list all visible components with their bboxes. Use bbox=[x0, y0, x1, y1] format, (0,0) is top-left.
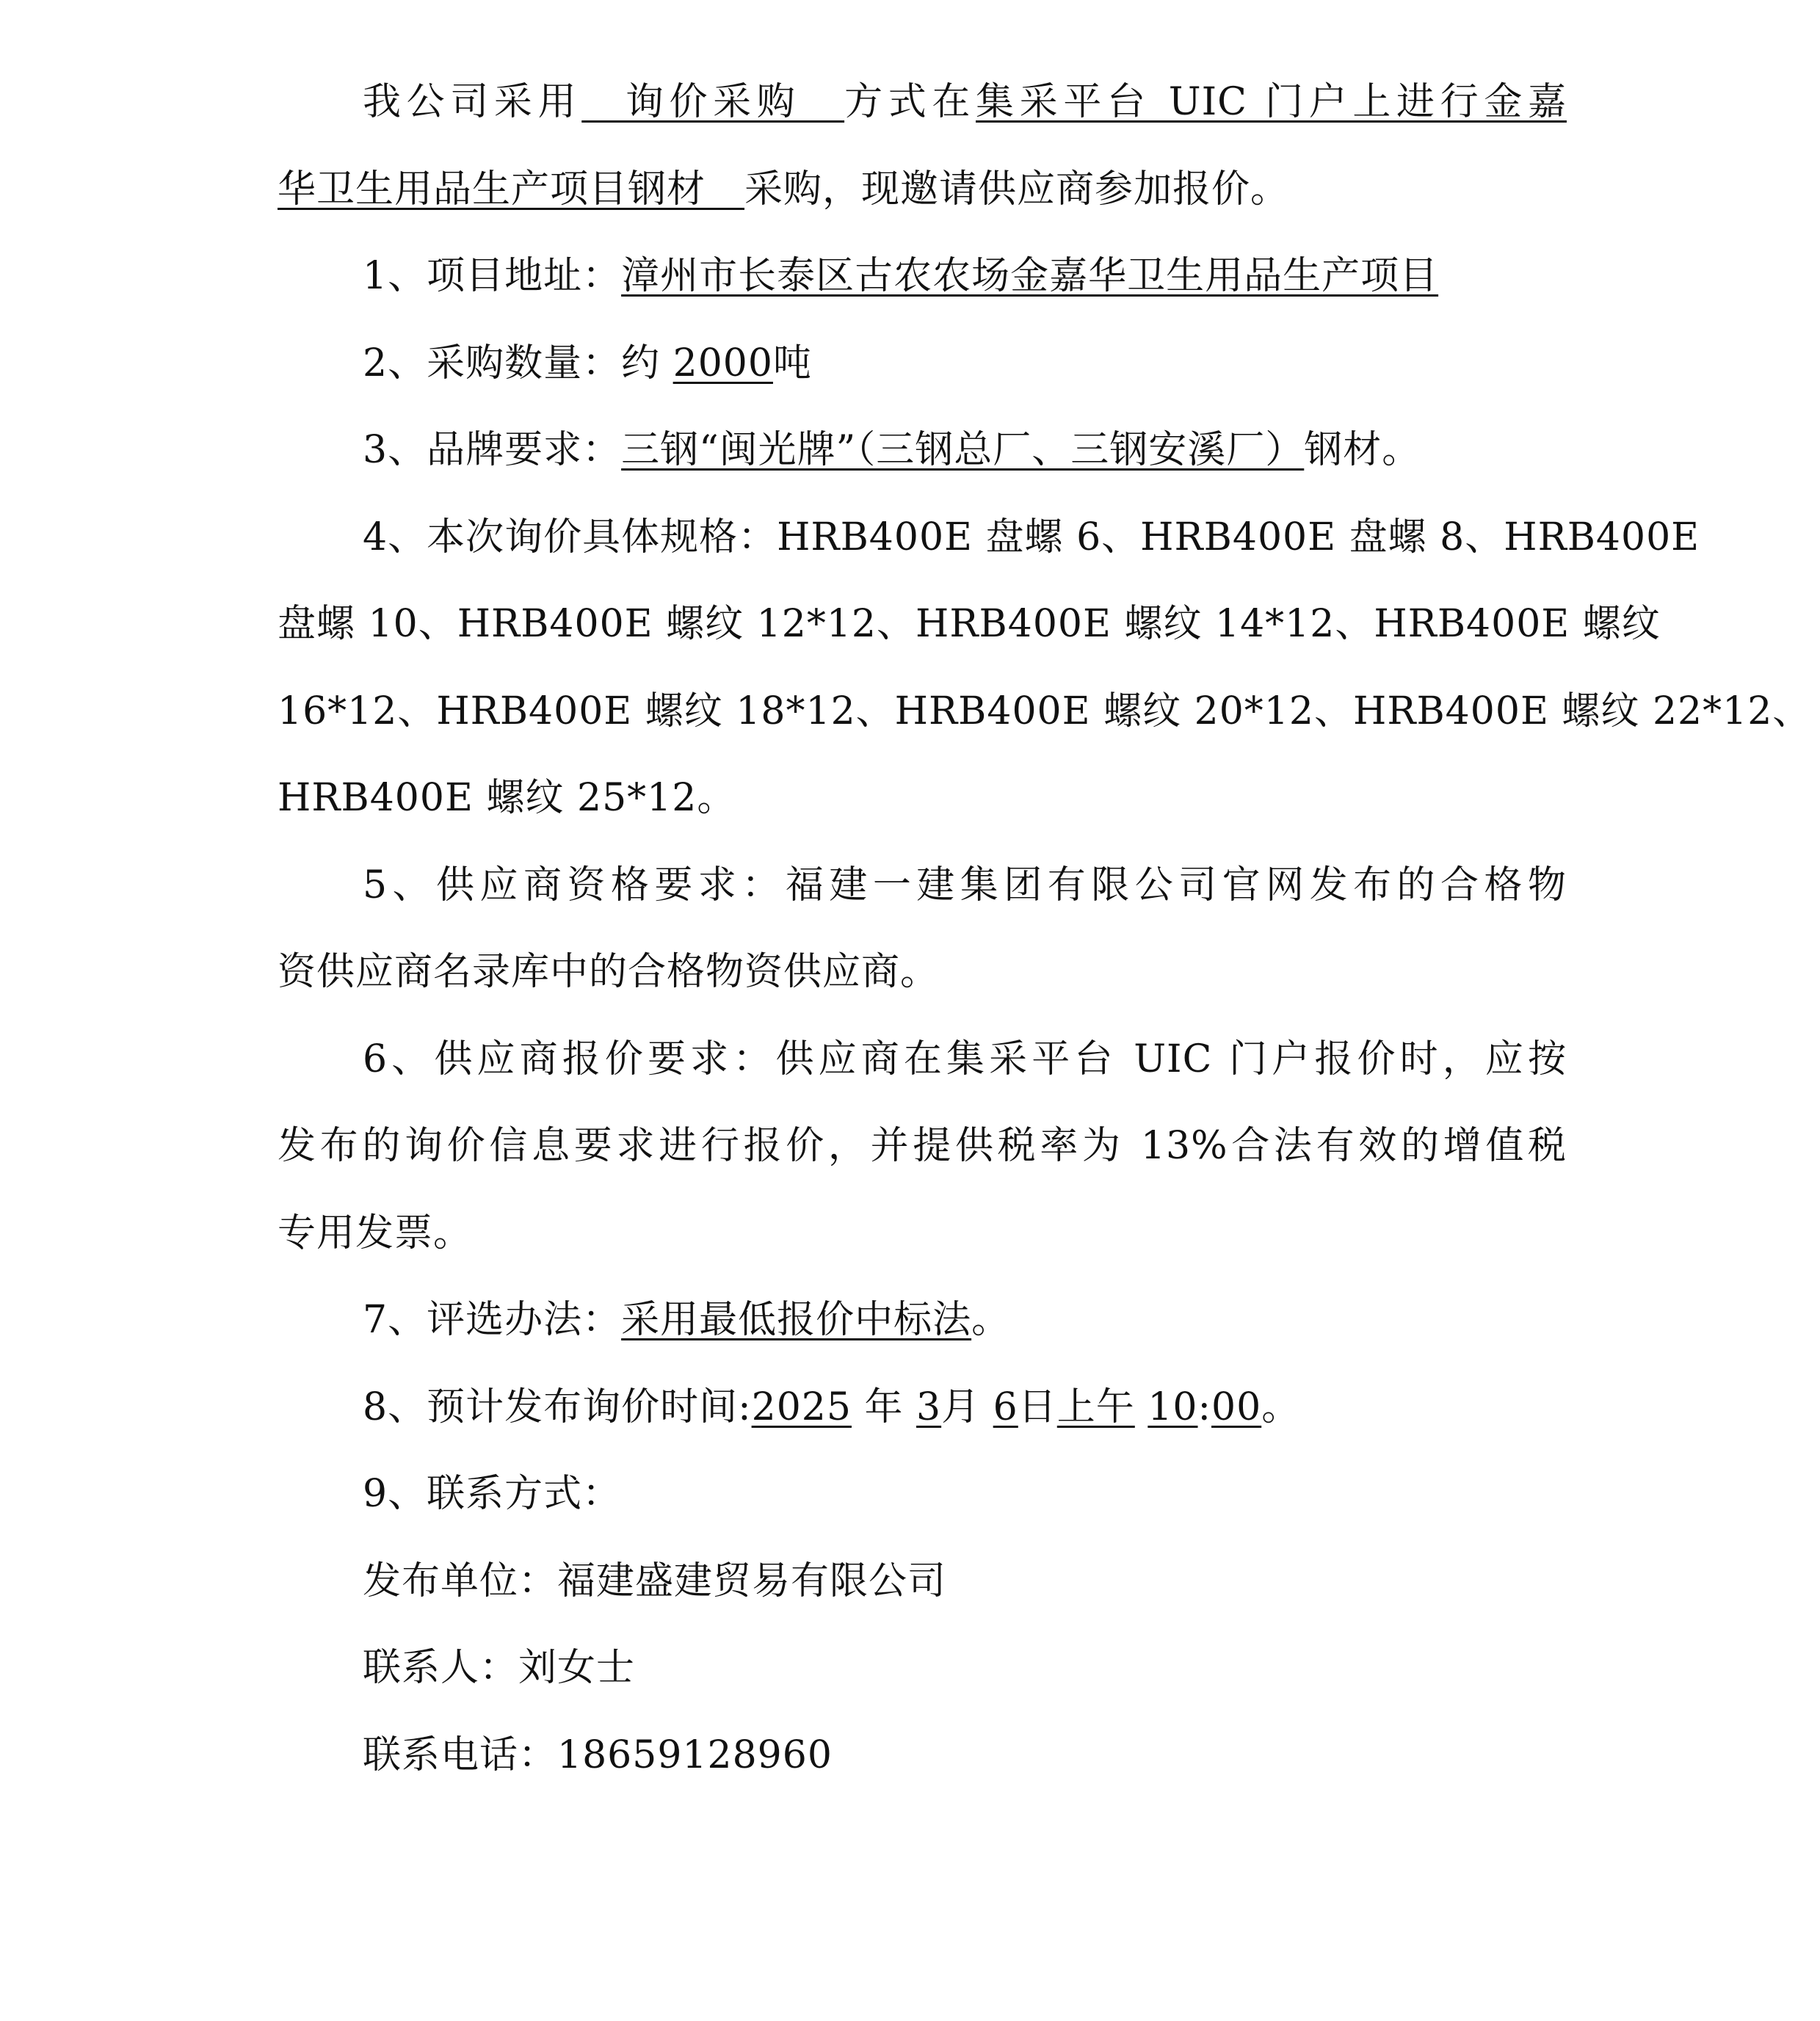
platform-name: 集采平台 UIC 门户上进行金嘉 bbox=[976, 80, 1567, 124]
item-quantity: 2、采购数量：约 2000吨 bbox=[278, 320, 1567, 407]
evaluation-method: 采用最低报价中标法 bbox=[621, 1298, 971, 1342]
item-qualification-line-1: 5、供应商资格要求：福建一建集团有限公司官网发布的合格物 bbox=[278, 842, 1567, 929]
label: 3、品牌要求： bbox=[363, 428, 621, 472]
procurement-method: 询价采购 bbox=[581, 80, 844, 124]
item-address: 1、项目地址：漳州市长泰区古农农场金嘉华卫生用品生产项目 bbox=[278, 233, 1567, 320]
unit: 吨 bbox=[773, 341, 812, 385]
text: 方式在 bbox=[844, 80, 976, 124]
quantity-value: 2000 bbox=[673, 341, 773, 385]
label: 1、项目地址： bbox=[363, 254, 621, 298]
text: 年 bbox=[864, 1385, 903, 1429]
document-page: 我公司采用 询价采购 方式在集采平台 UIC 门户上进行金嘉 华卫生用品生产项目… bbox=[278, 59, 1567, 1799]
text: 采购，现邀请供应商参加报价。 bbox=[744, 167, 1289, 211]
intro-line-2: 华卫生用品生产项目钢材 采购，现邀请供应商参加报价。 bbox=[278, 146, 1567, 233]
day: 6 bbox=[993, 1385, 1018, 1429]
label: 8、预计发布询价时间: bbox=[363, 1385, 752, 1429]
item-brand: 3、品牌要求：三钢“闽光牌”（三钢总厂、三钢安溪厂）钢材。 bbox=[278, 407, 1567, 494]
item-spec-line-3: 16*12、HRB400E 螺纹 18*12、HRB400E 螺纹 20*12、… bbox=[278, 668, 1567, 755]
year: 2025 bbox=[752, 1385, 852, 1429]
publisher: 发布单位：福建盛建贸易有限公司 bbox=[278, 1538, 1567, 1625]
month: 3 bbox=[916, 1385, 941, 1429]
am-pm: 上午 bbox=[1057, 1385, 1135, 1429]
item-contact: 9、联系方式： bbox=[278, 1451, 1567, 1538]
item-quote-line-1: 6、供应商报价要求：供应商在集采平台 UIC 门户报价时，应按 bbox=[278, 1016, 1567, 1103]
hour: 10 bbox=[1148, 1385, 1197, 1429]
item-evaluation: 7、评选办法：采用最低报价中标法。 bbox=[278, 1277, 1567, 1364]
item-publish-time: 8、预计发布询价时间:2025 年 3月 6日上午 10:00。 bbox=[278, 1364, 1567, 1451]
item-qualification-line-2: 资供应商名录库中的合格物资供应商。 bbox=[278, 929, 1567, 1016]
minute: 00 bbox=[1211, 1385, 1261, 1429]
text: 。 bbox=[971, 1298, 1010, 1342]
contact-phone: 联系电话：18659128960 bbox=[278, 1712, 1567, 1799]
project-name: 华卫生用品生产项目钢材 bbox=[278, 167, 744, 211]
brand-value: 三钢“闽光牌”（三钢总厂、三钢安溪厂） bbox=[621, 428, 1304, 472]
label: 7、评选办法： bbox=[363, 1298, 621, 1342]
text: 钢材。 bbox=[1304, 428, 1421, 472]
contact-person: 联系人：刘女士 bbox=[278, 1625, 1567, 1712]
intro-line-1: 我公司采用 询价采购 方式在集采平台 UIC 门户上进行金嘉 bbox=[278, 59, 1567, 146]
label: 2、采购数量：约 bbox=[363, 341, 660, 385]
text: 。 bbox=[1261, 1385, 1300, 1429]
item-quote-line-3: 专用发票。 bbox=[278, 1190, 1567, 1277]
item-spec-line-1: 4、本次询价具体规格：HRB400E 盘螺 6、HRB400E 盘螺 8、HRB… bbox=[278, 494, 1567, 581]
item-spec-line-4: HRB400E 螺纹 25*12。 bbox=[278, 755, 1567, 842]
item-spec-line-2: 盘螺 10、HRB400E 螺纹 12*12、HRB400E 螺纹 14*12、… bbox=[278, 581, 1567, 668]
text: 日 bbox=[1018, 1385, 1057, 1429]
text: 月 bbox=[941, 1385, 980, 1429]
item-quote-line-2: 发布的询价信息要求进行报价，并提供税率为 13%合法有效的增值税 bbox=[278, 1103, 1567, 1190]
project-address: 漳州市长泰区古农农场金嘉华卫生用品生产项目 bbox=[621, 254, 1438, 298]
text: 我公司采用 bbox=[363, 80, 581, 124]
text: : bbox=[1198, 1385, 1212, 1429]
